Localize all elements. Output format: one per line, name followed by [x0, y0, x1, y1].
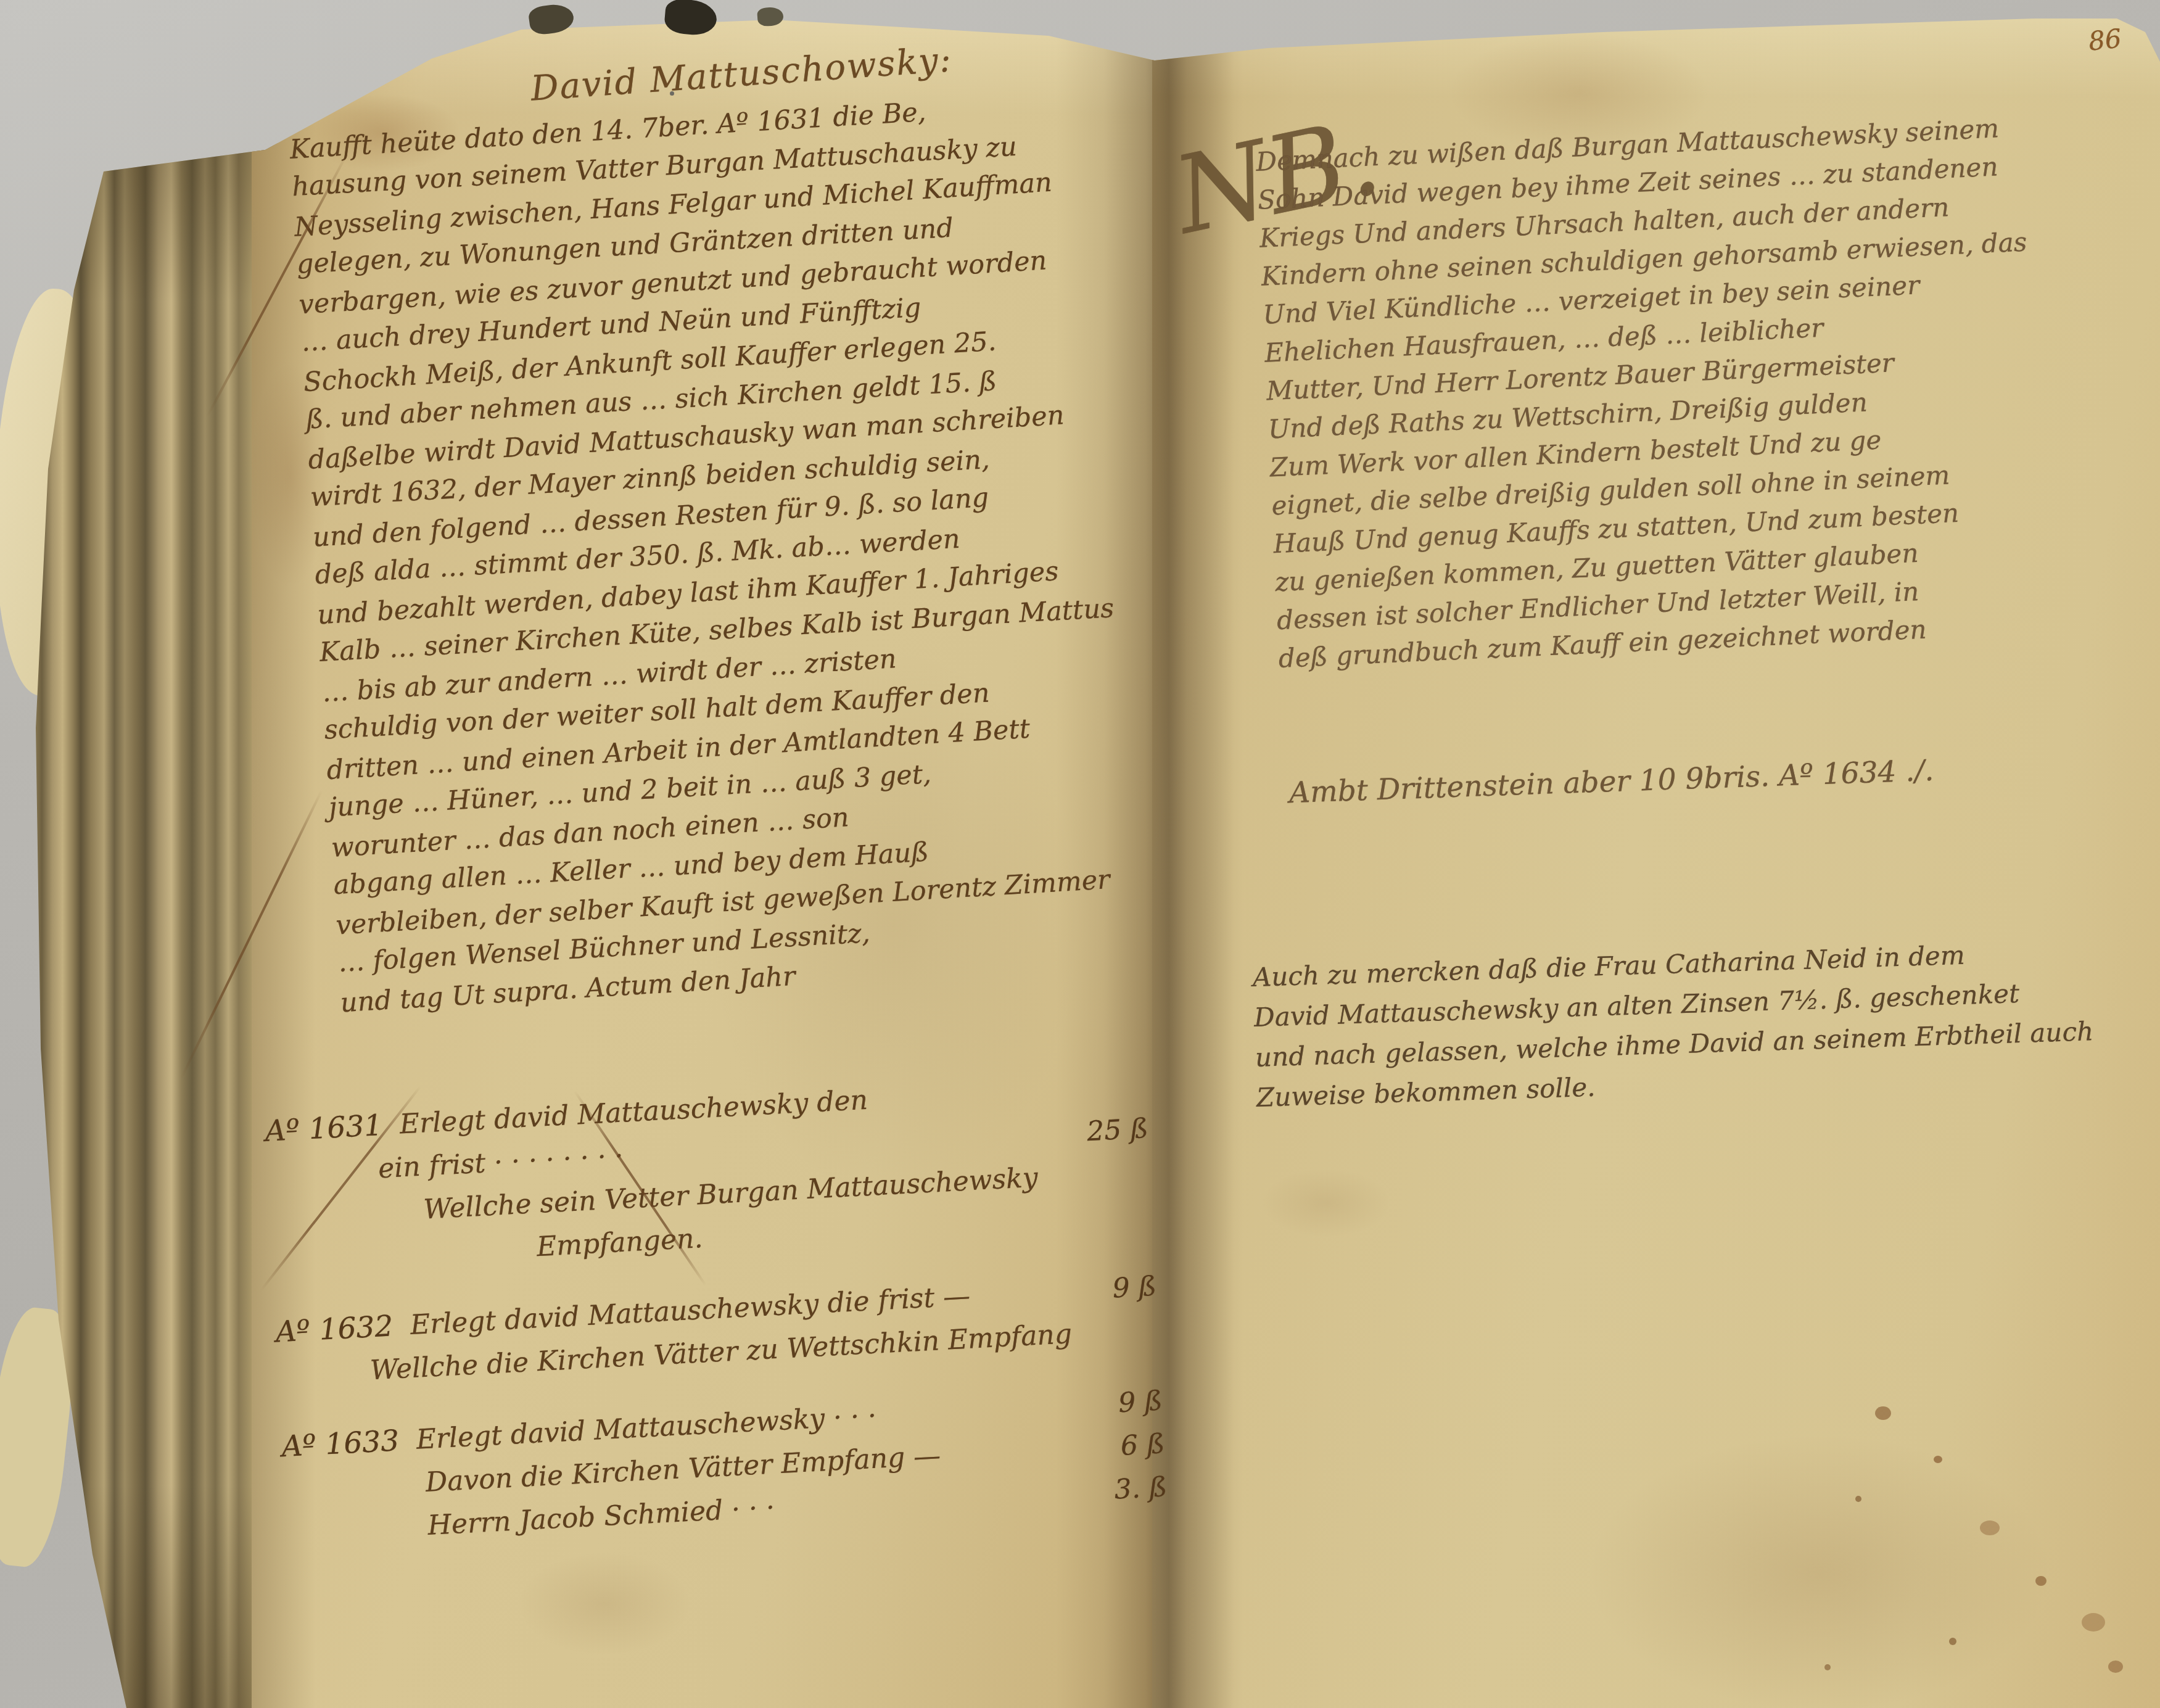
right-page-note-text: Auch zu mercken daß die Frau Catharina N… — [1252, 929, 2160, 1118]
payment-entry-1632: Aº 1632 Erlegt david Mattauschewsky die … — [274, 1265, 1160, 1398]
stain-speck — [1980, 1520, 2000, 1535]
entry-year: Aº 1633 — [281, 1419, 400, 1469]
stain-speck — [1855, 1496, 1861, 1502]
right-page-body-text: Demnach zu wißen daß Burgan Mattauschews… — [1255, 101, 2160, 678]
stain-speck — [1824, 1664, 1831, 1670]
dust-speck — [670, 91, 674, 96]
photograph-of-open-manuscript-book: David Mattuschowsky: Kaufft heüte dato d… — [0, 0, 2160, 1708]
entry-year: Aº 1631 — [264, 1104, 384, 1153]
stain-speck — [2082, 1613, 2105, 1632]
folio-number: 86 — [2087, 23, 2123, 56]
entry-amount: 9 ß — [1111, 1265, 1158, 1311]
stain-speck — [1949, 1638, 1956, 1645]
stain-speck — [1934, 1456, 1942, 1463]
entry-year: Aº 1632 — [274, 1305, 394, 1355]
stain-speck — [1875, 1406, 1891, 1420]
payment-entries: Aº 1631 Erlegt david Mattauschewsky den … — [264, 1064, 1169, 1583]
entry-amount: 6 ß — [1119, 1422, 1166, 1468]
left-page-body-text: Kaufft heüte dato den 14. 7ber. Aº 1631 … — [289, 79, 1216, 1023]
entry-amount: 25 ß — [1086, 1107, 1149, 1153]
payment-entry-1633: Aº 1633 Erlegt david Mattauschewsky · · … — [281, 1379, 1168, 1555]
open-book: David Mattuschowsky: Kaufft heüte dato d… — [0, 0, 2160, 1708]
entry-amount: 9 ß — [1118, 1379, 1164, 1425]
entry-amount: 3. ß — [1113, 1466, 1168, 1511]
stain-speck — [2035, 1576, 2047, 1586]
stain-speck — [2108, 1661, 2123, 1673]
